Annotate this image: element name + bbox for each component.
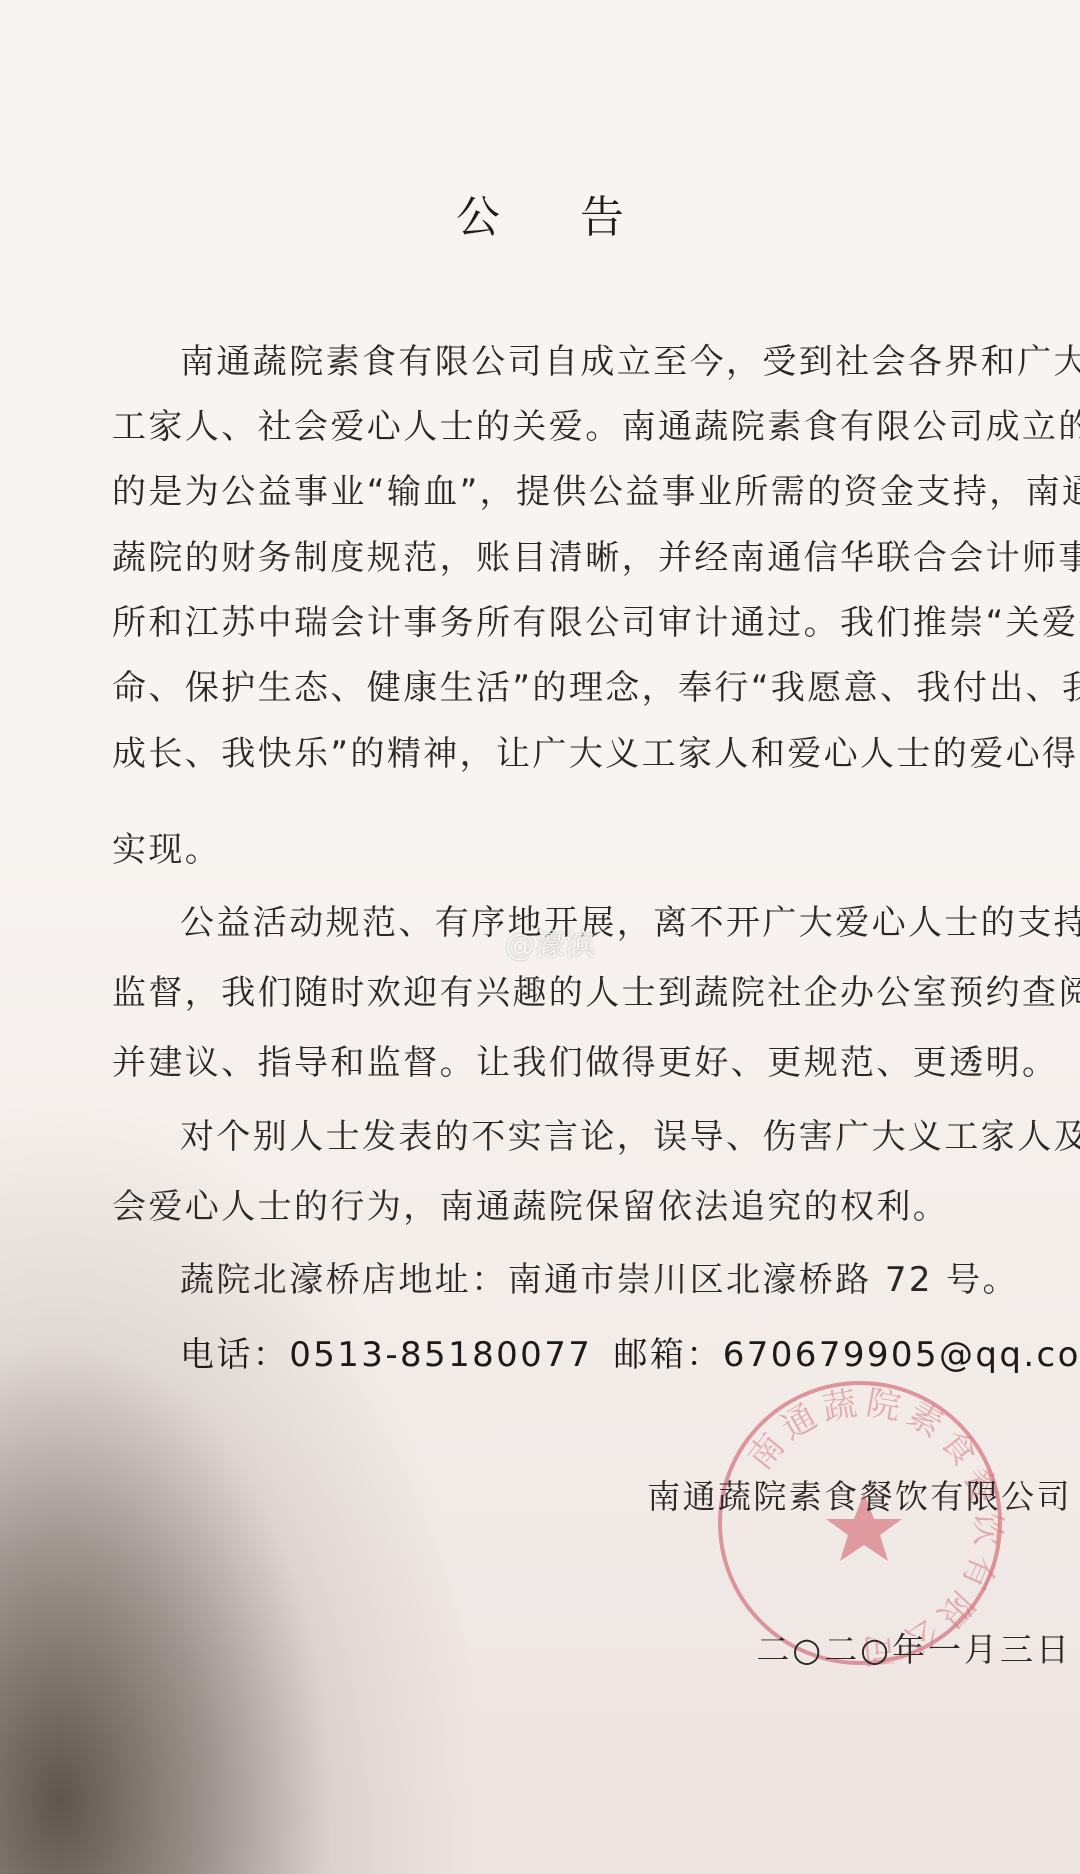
paragraph-line: 并建议、指导和监督。让我们做得更好、更规范、更透明。: [112, 1041, 1057, 1085]
paragraph-line: 对个别人士发表的不实言论，误导、伤害广大义工家人及社: [180, 1115, 1057, 1159]
signature-company: 南通蔬院素食餐饮有限公司: [647, 1475, 1072, 1519]
paragraph-line: 所和江苏中瑞会计事务所有限公司审计通过。我们推崇“关爱生: [112, 601, 1057, 645]
paragraph-line: 成长、我快乐”的精神，让广大义工家人和爱心人士的爱心得以: [112, 732, 1057, 776]
document-title: 公告: [0, 190, 1080, 246]
seal-star-icon: 南通蔬院素食餐饮有限公司: [722, 1385, 1006, 1669]
company-seal: 南通蔬院素食餐饮有限公司: [718, 1381, 1002, 1665]
email-value: 670679905@qq.com: [723, 1335, 1080, 1375]
paragraph-line: 工家人、社会爱心人士的关爱。南通蔬院素食有限公司成立的目: [112, 405, 1057, 449]
paragraph-line: 监督，我们随时欢迎有兴趣的人士到蔬院社企办公室预约查阅，: [112, 971, 1057, 1015]
paragraph-line: 会爱心人士的行为，南通蔬院保留依法追究的权利。: [112, 1185, 1057, 1229]
paragraph-line: 的是为公益事业“输血”，提供公益事业所需的资金支持，南通: [112, 470, 1057, 514]
paragraph-line: 蔬院的财务制度规范，账目清晰，并经南通信华联合会计师事务: [112, 536, 1057, 580]
contact-line: 电话：0513-85180077 邮箱：670679905@qq.com: [180, 1333, 1057, 1377]
paragraph-line: 公益活动规范、有序地开展，离不开广大爱心人士的支持和: [180, 901, 1057, 945]
phone-value: 0513-85180077: [289, 1335, 592, 1375]
paragraph-line: 南通蔬院素食有限公司自成立至今，受到社会各界和广大义: [180, 340, 1057, 384]
paragraph-line: 命、保护生态、健康生活”的理念，奉行“我愿意、我付出、我: [112, 666, 1057, 710]
address-value: 南通市崇川区北濠桥路 72 号。: [508, 1260, 1019, 1300]
address-line: 蔬院北濠桥店地址：南通市崇川区北濠桥路 72 号。: [180, 1258, 1057, 1302]
address-label: 蔬院北濠桥店地址：: [180, 1260, 508, 1300]
phone-label: 电话：: [180, 1335, 289, 1375]
email-label: 邮箱：: [613, 1335, 722, 1375]
paragraph-line: 实现。: [112, 828, 1057, 872]
watermark: @濠滨: [505, 920, 595, 964]
document-date: 二○二○年一月三日: [756, 1628, 1072, 1672]
